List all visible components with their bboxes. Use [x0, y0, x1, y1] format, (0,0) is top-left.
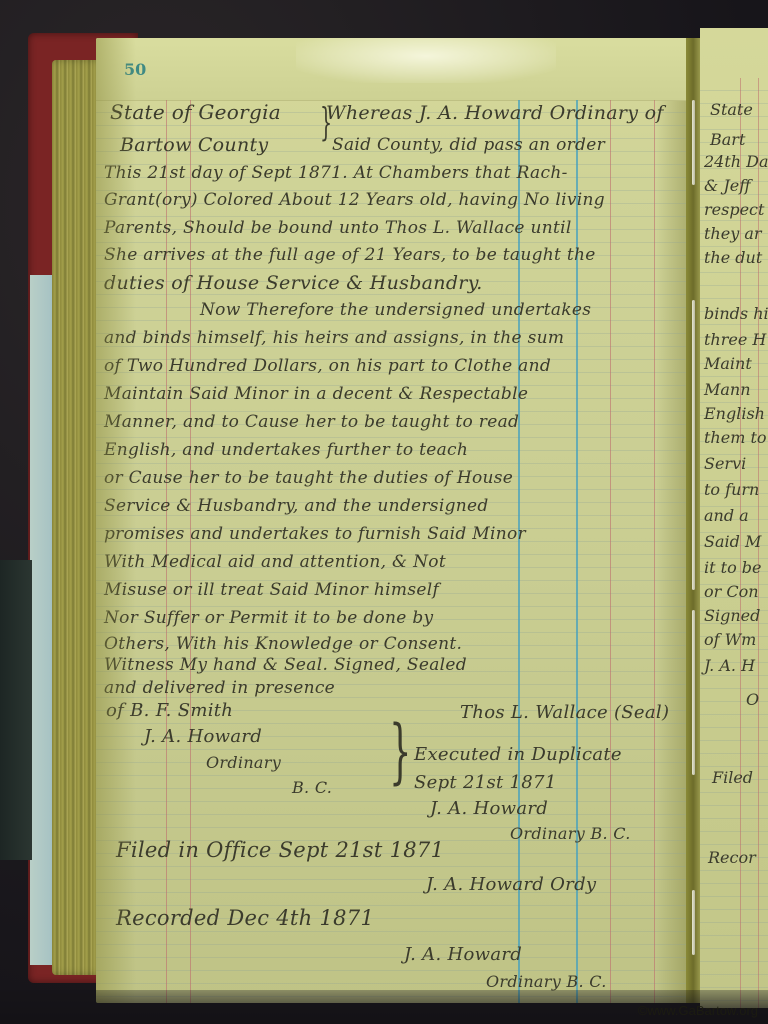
body-line: Maintain Said Minor in a decent & Respec…: [104, 384, 528, 404]
body-line: English, and undertakes further to teach: [104, 440, 468, 460]
facing-text: them to: [704, 428, 767, 447]
light-glare: [296, 38, 556, 83]
facing-text: Mann: [704, 380, 751, 399]
copyright-watermark: ©www.GaBartow.org: [638, 1003, 758, 1018]
facing-text: Recor: [708, 848, 756, 867]
body-line: Parents, Should be bound unto Thos L. Wa…: [104, 218, 572, 238]
binding-stitch: [692, 610, 695, 775]
recording-title: Ordinary B. C.: [486, 972, 607, 991]
ledger-page-left: 50 State of Georgia Bartow County } Wher…: [96, 38, 696, 1003]
execution-line: Executed in Duplicate: [414, 744, 622, 765]
body-line: promises and undertakes to furnish Said …: [104, 524, 526, 544]
facing-text: Filed: [712, 768, 753, 787]
scanned-ledger-photo: 50 State of Georgia Bartow County } Wher…: [0, 0, 768, 1024]
facing-text: it to be: [704, 558, 762, 577]
body-line: Others, With his Knowledge or Consent.: [104, 634, 462, 654]
body-line: Manner, and to Cause her to be taught to…: [104, 412, 519, 432]
facing-text: O: [746, 690, 759, 709]
body-line: of Two Hundred Dollars, on his part to C…: [104, 356, 551, 376]
facing-text: Said M: [704, 532, 761, 551]
witness-howard: J. A. Howard: [144, 726, 262, 747]
facing-text: respect: [704, 200, 764, 219]
facing-text: they ar: [704, 224, 762, 243]
binding-stitch: [692, 100, 695, 185]
shadow-region: [0, 560, 32, 860]
column-rule-red: [610, 100, 611, 1003]
body-line: Said County, did pass an order: [332, 135, 605, 155]
body-line: Misuse or ill treat Said Minor himself: [104, 580, 439, 600]
body-line: Service & Husbandry, and the undersigned: [104, 496, 489, 516]
facing-text: Maint: [704, 354, 752, 373]
facing-text: Bart: [710, 130, 745, 149]
witness-smith: of B. F. Smith: [106, 700, 233, 721]
witness-title: Ordinary: [206, 753, 281, 772]
execution-signature: J. A. Howard: [430, 798, 548, 819]
caption-state: State of Georgia: [110, 100, 281, 124]
caption-county: Bartow County: [120, 134, 268, 156]
column-rule-blue: [576, 100, 578, 1003]
ledger-page-right-fragment: State Bart 24th Da & Jeff respect they a…: [700, 28, 768, 1008]
body-line: Whereas J. A. Howard Ordinary of: [326, 102, 664, 124]
facing-text: and a: [704, 506, 749, 525]
body-line: Grant(ory) Colored About 12 Years old, h…: [104, 190, 605, 210]
principal-signature: Thos L. Wallace (Seal): [460, 702, 669, 723]
facing-text: English: [704, 404, 765, 423]
binding-stitch: [692, 890, 695, 955]
recording-signature: J. A. Howard: [404, 944, 522, 965]
body-line: This 21st day of Sept 1871. At Chambers …: [104, 163, 568, 183]
facing-text: to furn: [704, 480, 759, 499]
facing-text: or Con: [704, 582, 759, 601]
column-rule-red: [654, 100, 655, 1003]
body-line: She arrives at the full age of 21 Years,…: [104, 245, 596, 265]
facing-text: binds hi: [704, 304, 768, 323]
brace-mark: }: [389, 710, 411, 792]
facing-text: the dut: [704, 248, 762, 267]
execution-date: Sept 21st 1871: [414, 772, 557, 793]
facing-text: of Wm: [704, 630, 756, 649]
body-line: Now Therefore the undersigned undertakes: [200, 300, 591, 320]
facing-text: State: [710, 100, 753, 119]
witness-county: B. C.: [292, 778, 332, 797]
page-number: 50: [124, 60, 146, 79]
body-line: and binds himself, his heirs and assigns…: [104, 328, 564, 348]
body-line: Witness My hand & Seal. Signed, Sealed: [104, 655, 467, 675]
body-line: and delivered in presence: [104, 678, 335, 698]
facing-text: & Jeff: [704, 176, 751, 195]
filing-line: Filed in Office Sept 21st 1871: [116, 838, 444, 862]
facing-text: three H: [704, 330, 766, 349]
execution-title: Ordinary B. C.: [510, 824, 631, 843]
facing-text: Servi: [704, 454, 746, 473]
body-line: duties of House Service & Husbandry.: [104, 272, 483, 294]
body-line: With Medical aid and attention, & Not: [104, 552, 446, 572]
recording-line: Recorded Dec 4th 1871: [116, 906, 374, 930]
facing-text: J. A. H: [704, 656, 755, 675]
body-line: Nor Suffer or Permit it to be done by: [104, 608, 433, 628]
filing-signature: J. A. Howard Ordy: [426, 874, 596, 895]
facing-text: Signed: [704, 606, 760, 625]
binding-stitch: [692, 300, 695, 590]
facing-text: 24th Da: [704, 152, 768, 171]
body-line: or Cause her to be taught the duties of …: [104, 468, 513, 488]
